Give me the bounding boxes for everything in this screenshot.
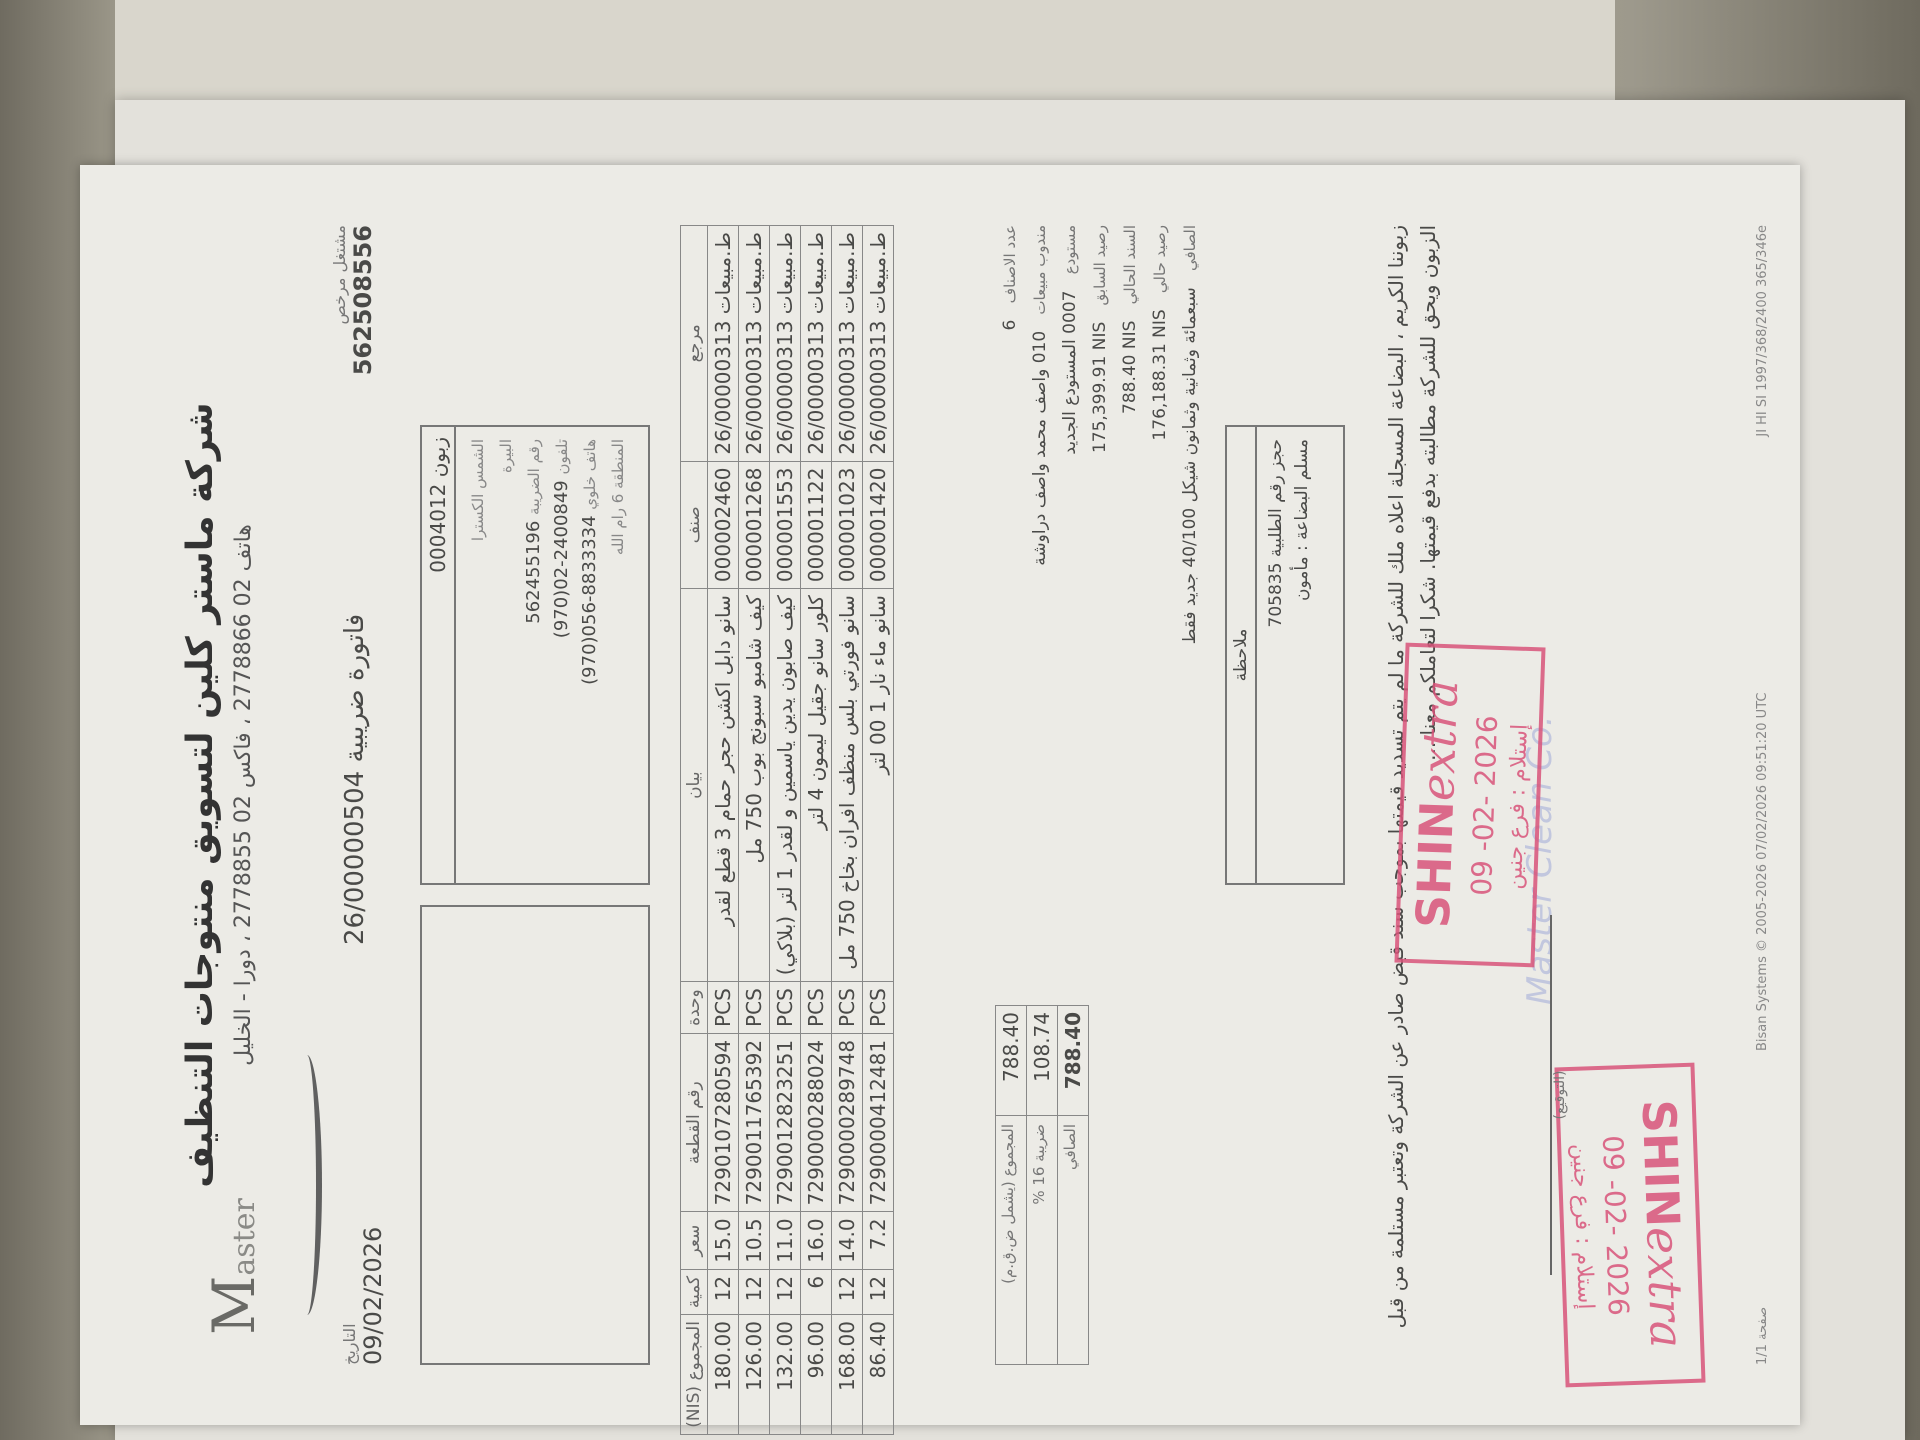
cell-qty: 12 (832, 1269, 863, 1314)
customer-name: الشمس الكسترا (464, 439, 492, 871)
cell-item: 000001420 (863, 461, 894, 589)
net-value: 788.40 (1058, 1006, 1088, 1116)
invoice-date-block: التاريخ 09/02/2026 (340, 1227, 387, 1365)
salesman-label: مندوب مبيعات (1031, 225, 1049, 315)
stamp-brand: SHIN (1632, 1099, 1690, 1228)
tax-value: 108.74 (1027, 1006, 1057, 1116)
stamp-brand-script: extra (1410, 679, 1468, 802)
current-balance: 176,188.31 NIS (1150, 309, 1170, 440)
customer-area: البيرة (492, 439, 520, 871)
order-reference: حجز رقم الطلبية 705835 (1263, 439, 1289, 871)
current-document-label: السند الحالي (1121, 225, 1139, 304)
column-header: رقم القطعة (681, 1033, 708, 1211)
table-row: ط.مبيعات 26/00000313000002460سانو دابل ا… (708, 226, 739, 1435)
stamp-date: 09 -02- 2026 (1463, 663, 1506, 948)
cell-item: 000001268 (739, 461, 770, 589)
cell-item: 000001553 (770, 461, 801, 589)
licensed-label: مشتغل مرخص (330, 225, 349, 375)
software-credit: Bisan Systems © 2005-2026 07/02/2026 09:… (1755, 693, 1770, 1052)
cell-total: 132.00 (770, 1315, 801, 1435)
receipt-stamp-inverted: SHINextra 09 -02- 2026 إستلام : فرع جنين (1554, 1063, 1705, 1388)
customer-phone: (970)02-2400849 (551, 480, 572, 638)
previous-balance-label: رصيد السابق (1091, 225, 1109, 306)
cell-price: 10.5 (739, 1212, 770, 1270)
table-header-row: مرجعصنفبيانوحدةرقم القطعةسعركميةالمجموع … (681, 226, 708, 1435)
company-logo: Master (200, 1035, 340, 1335)
cell-total: 126.00 (739, 1315, 770, 1435)
item-count: 6 (1000, 320, 1020, 331)
cell-qty: 6 (801, 1269, 832, 1314)
cell-qty: 12 (770, 1269, 801, 1314)
stamp-branch: إستلام : فرع جنين (1500, 664, 1535, 949)
totals-box: 788.40المجموع (يشمل ض.ق.م) 108.74ضريبة 1… (995, 1005, 1089, 1365)
mobile-label: هاتف خلوي (581, 439, 599, 510)
current-document-amount: 788.40 NIS (1120, 321, 1140, 414)
column-header: صنف (681, 461, 708, 589)
invoice-number: 26/00000504 (340, 771, 370, 945)
net-words-label: الصافي (1181, 225, 1199, 271)
table-row: ط.مبيعات 26/00000313000001553كيف صابون ي… (770, 226, 801, 1435)
signature-line: (التوقيع) (1550, 915, 1568, 1275)
cell-desc: سانو دابل اكشن حجر حمام 3 قطع لقدر (708, 589, 739, 982)
cell-unit: PCS (801, 982, 832, 1034)
licensed-dealer-block: مشتغل مرخص 562508556 (330, 225, 377, 375)
cell-barcode: 7290000289748 (832, 1033, 863, 1211)
notes-box: ملاحظة حجز رقم الطلبية 705835 مسلم البضا… (1225, 425, 1345, 885)
tax-invoice-document: شركة ماستر كلين لتسويق منتوجات التنظيف ه… (80, 165, 1800, 1425)
cell-desc: كيف صابون يدين ياسمين و لقدر 1 لتر (بلاك… (770, 589, 801, 982)
customer-tax-number: 562455196 (523, 521, 544, 624)
cell-desc: كلور سانو جقيل ليمون 4 لتر (801, 589, 832, 982)
customer-mobile: (970)056-8833334 (579, 515, 600, 684)
cell-price: 14.0 (832, 1212, 863, 1270)
customer-region: المنطقة 6 رام الله (604, 439, 632, 871)
salesman: 010 واصف محمد واصف دراوشة (1030, 331, 1050, 566)
cell-ref: ط.مبيعات 26/00000313 (708, 226, 739, 462)
page-footer: 1/1 صفحة Bisan Systems © 2005-2026 07/02… (1755, 225, 1770, 1365)
empty-address-box (420, 905, 650, 1365)
subtotal-label: المجموع (يشمل ض.ق.م) (996, 1116, 1026, 1364)
cell-price: 16.0 (801, 1212, 832, 1270)
logo-letter: M (200, 1276, 268, 1335)
column-header: وحدة (681, 982, 708, 1034)
invoice-number-block: فاتورة ضريبية 26/00000504 (340, 614, 370, 945)
tax-rate-label: ضريبة 16 % (1027, 1116, 1057, 1364)
cell-item: 000002460 (708, 461, 739, 589)
warehouse-label: مستودع (1061, 225, 1079, 274)
stamp-brand-script: extra (1636, 1226, 1694, 1349)
cell-item: 000001122 (801, 461, 832, 589)
invoice-date: 09/02/2026 (359, 1227, 387, 1365)
cell-desc: سانو ماء نار 1 00 لتر (863, 589, 894, 982)
table-body: ط.مبيعات 26/00000313000002460سانو دابل ا… (708, 226, 894, 1435)
invoice-summary: عدد الاصناف 6 مندوب مبيعات 010 واصف محمد… (995, 225, 1205, 785)
invoice-meta: التاريخ 09/02/2026 فاتورة ضريبية 26/0000… (340, 225, 400, 1365)
items-table: مرجعصنفبيانوحدةرقم القطعةسعركميةالمجموع … (680, 225, 894, 1435)
receipt-stamp: SHINextra 09 -02- 2026 إستلام : فرع جنين (1394, 643, 1545, 968)
column-header: مرجع (681, 226, 708, 462)
table-row: ط.مبيعات 26/00000313000001122كلور سانو ج… (801, 226, 832, 1435)
cell-total: 180.00 (708, 1315, 739, 1435)
cell-ref: ط.مبيعات 26/00000313 (832, 226, 863, 462)
cell-total: 96.00 (801, 1315, 832, 1435)
cell-qty: 12 (863, 1269, 894, 1314)
cell-unit: PCS (708, 982, 739, 1034)
table-row: ط.مبيعات 26/00000313000001023سانو فورتي … (832, 226, 863, 1435)
phone-label: تلفون (553, 439, 571, 475)
cell-ref: ط.مبيعات 26/00000313 (739, 226, 770, 462)
tax-label: رقم الضريبة (525, 439, 543, 515)
cell-qty: 12 (739, 1269, 770, 1314)
cell-item: 000001023 (832, 461, 863, 589)
cell-unit: PCS (770, 982, 801, 1034)
date-label: التاريخ (340, 1227, 359, 1365)
table-row: ط.مبيعات 26/00000313000001268كيف شامبو س… (739, 226, 770, 1435)
invoice-photo-frame: شركة ماستر كلين لتسويق منتوجات التنظيف ه… (80, 165, 1800, 1425)
column-header: سعر (681, 1212, 708, 1270)
cell-unit: PCS (739, 982, 770, 1034)
cell-barcode: 7290107280594 (708, 1033, 739, 1211)
cell-price: 7.2 (863, 1212, 894, 1270)
previous-balance: 175,399.91 NIS (1090, 322, 1110, 453)
net-in-words: سبعمائة وثمانية وثمانون شيكل 40/100 جديد… (1180, 287, 1200, 644)
delivered-by: مسلم البضاعة : مأمون (1289, 439, 1315, 871)
stamp-brand: SHIN (1406, 800, 1464, 929)
cell-barcode: 7290012823251 (770, 1033, 801, 1211)
page-number: 1/1 صفحة (1755, 1307, 1770, 1365)
notes-title: ملاحظة (1227, 427, 1257, 883)
cell-barcode: 7290000412481 (863, 1033, 894, 1211)
stamp-date: 09 -02- 2026 (1594, 1083, 1637, 1368)
licensed-number: 562508556 (349, 225, 377, 375)
cell-total: 168.00 (832, 1315, 863, 1435)
cell-price: 15.0 (708, 1212, 739, 1270)
cell-unit: PCS (863, 982, 894, 1034)
table-row: ط.مبيعات 26/00000313000001420سانو ماء نا… (863, 226, 894, 1435)
column-header: كمية (681, 1269, 708, 1314)
footer-code: JI HI SI 1997/368/2400 365/346e (1755, 225, 1770, 437)
item-count-label: عدد الاصناف (1001, 225, 1019, 303)
subtotal-value: 788.40 (996, 1006, 1026, 1116)
net-label: الصافي (1058, 1116, 1088, 1364)
cell-barcode: 7290011765392 (739, 1033, 770, 1211)
cell-desc: سانو فورتي بلس منظف افران بخاخ 750 مل (832, 589, 863, 982)
cell-barcode: 7290000288024 (801, 1033, 832, 1211)
invoice-label: فاتورة ضريبية (340, 614, 370, 763)
cell-unit: PCS (832, 982, 863, 1034)
cell-ref: ط.مبيعات 26/00000313 (770, 226, 801, 462)
invoice-header: شركة ماستر كلين لتسويق منتوجات التنظيف ه… (120, 225, 290, 1365)
customer-id: زبون 0004012 (422, 427, 456, 883)
logo-swoosh-icon (292, 1055, 322, 1315)
column-header: بيان (681, 589, 708, 982)
cell-desc: كيف شامبو سبونج بوب 750 مل (739, 589, 770, 982)
cell-ref: ط.مبيعات 26/00000313 (801, 226, 832, 462)
cell-ref: ط.مبيعات 26/00000313 (863, 226, 894, 462)
cell-price: 11.0 (770, 1212, 801, 1270)
cell-total: 86.40 (863, 1315, 894, 1435)
logo-text: aster (227, 1198, 262, 1275)
cell-qty: 12 (708, 1269, 739, 1314)
current-balance-label: رصيد حالي (1151, 225, 1169, 293)
customer-box: زبون 0004012 الشمس الكسترا البيرة رقم ال… (420, 425, 650, 885)
column-header: المجموع (NIS) (681, 1315, 708, 1435)
warehouse: 0007 المستودع الجديد (1060, 291, 1080, 455)
